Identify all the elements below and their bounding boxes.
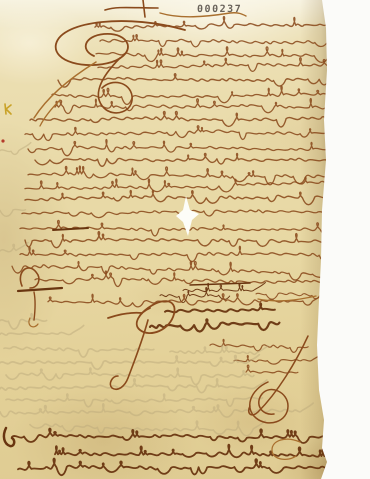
yellow-speck (5, 104, 11, 114)
handwritten-line (165, 303, 275, 312)
handwritten-line (0, 355, 259, 370)
handwritten-line (25, 177, 331, 192)
scanned-manuscript-page: 000237 (0, 0, 370, 479)
handwritten-line (35, 153, 347, 166)
handwritten-text-layer (0, 0, 370, 479)
handwritten-line (0, 243, 28, 252)
handwritten-line (0, 325, 84, 335)
handwritten-line (35, 271, 336, 287)
handwritten-line (100, 35, 352, 47)
handwritten-line (25, 125, 352, 141)
handwritten-line (55, 99, 338, 114)
handwritten-line (55, 445, 361, 458)
handwritten-line (30, 109, 363, 127)
handwritten-line (12, 261, 346, 280)
handwritten-line (98, 58, 365, 74)
stamp-number: 000237 (197, 4, 243, 15)
handwritten-line (25, 189, 357, 205)
calligraphic-flourish (34, 21, 185, 126)
handwritten-line (256, 288, 331, 299)
paragraph-mark (4, 428, 14, 446)
handwritten-line (18, 458, 351, 475)
margin-annotation-mark (18, 268, 62, 327)
correction-overline (190, 283, 250, 285)
margin-specks (1, 104, 11, 143)
handwritten-line (0, 403, 313, 417)
ink-dash (53, 228, 88, 230)
handwritten-line (150, 319, 279, 331)
handwritten-line (96, 47, 340, 63)
handwritten-line (20, 246, 353, 261)
manuscript-text-lines (0, 16, 365, 476)
handwritten-line (95, 16, 360, 32)
handwritten-line (0, 209, 26, 216)
red-speck (1, 139, 4, 142)
handwritten-line (4, 347, 154, 357)
handwritten-line (30, 421, 265, 436)
handwritten-line (28, 166, 349, 185)
handwritten-line (0, 379, 267, 393)
handwritten-line (58, 74, 346, 87)
handwritten-line (25, 232, 348, 248)
handwritten-line (0, 143, 31, 155)
handwritten-line (6, 394, 263, 407)
parchment-paper: 000237 (0, 0, 370, 479)
handwritten-line (210, 339, 308, 352)
handwritten-line (0, 314, 47, 329)
